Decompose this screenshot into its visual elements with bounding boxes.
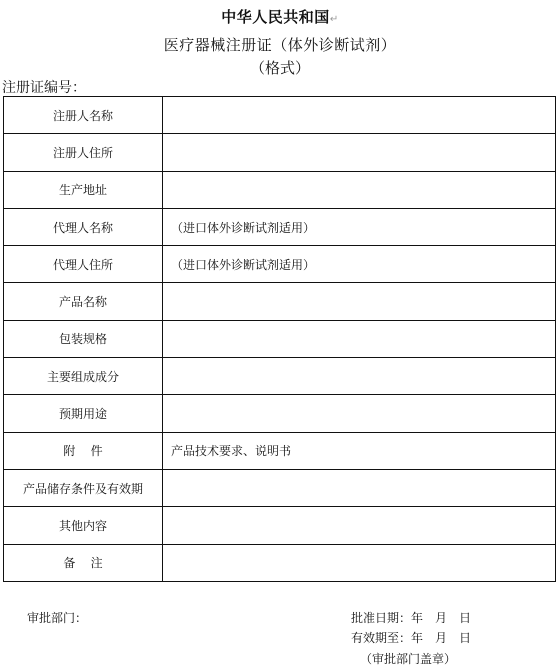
row-label: 注册人住所 <box>4 134 163 171</box>
table-row: 预期用途 <box>4 395 556 432</box>
row-value[interactable] <box>163 469 556 506</box>
table-row: 主要组成成分 <box>4 358 556 395</box>
row-value[interactable] <box>163 134 556 171</box>
registration-form-table: 注册人名称 注册人住所 生产地址 代理人名称（进口体外诊断试剂适用） 代理人住所… <box>3 96 556 582</box>
table-row: 注册人名称 <box>4 97 556 134</box>
row-value[interactable] <box>163 320 556 357</box>
department-seal-note: （审批部门盖章） <box>360 650 456 667</box>
table-row: 包装规格 <box>4 320 556 357</box>
row-label: 产品储存条件及有效期 <box>4 469 163 506</box>
table-row: 生产地址 <box>4 171 556 208</box>
document-format-note: （格式） <box>0 57 560 78</box>
title-line1: 中华人民共和国 <box>221 8 330 26</box>
document-title: 中华人民共和国↵ <box>0 6 560 27</box>
row-label: 主要组成成分 <box>4 358 163 395</box>
document-subtitle: 医疗器械注册证（体外诊断试剂） <box>0 34 560 55</box>
table-row: 代理人住所（进口体外诊断试剂适用） <box>4 246 556 283</box>
row-label: 代理人名称 <box>4 208 163 245</box>
paragraph-mark-icon: ↵ <box>330 14 339 25</box>
row-value[interactable] <box>163 97 556 134</box>
registration-number-label: 注册证编号： <box>2 77 86 97</box>
row-value[interactable]: （进口体外诊断试剂适用） <box>163 208 556 245</box>
row-label: 代理人住所 <box>4 246 163 283</box>
row-label: 生产地址 <box>4 171 163 208</box>
table-row: 注册人住所 <box>4 134 556 171</box>
row-value[interactable] <box>163 283 556 320</box>
table-row: 附 件产品技术要求、说明书 <box>4 432 556 469</box>
row-value[interactable] <box>163 544 556 581</box>
row-label: 包装规格 <box>4 320 163 357</box>
row-value[interactable]: （进口体外诊断试剂适用） <box>163 246 556 283</box>
approval-department-label: 审批部门： <box>27 609 87 626</box>
table-row: 其他内容 <box>4 507 556 544</box>
table-row: 备 注 <box>4 544 556 581</box>
approval-date: 批准日期：年 月 日 <box>351 609 471 626</box>
row-label: 其他内容 <box>4 507 163 544</box>
table-row: 产品名称 <box>4 283 556 320</box>
row-value[interactable] <box>163 395 556 432</box>
row-label: 注册人名称 <box>4 97 163 134</box>
row-value[interactable]: 产品技术要求、说明书 <box>163 432 556 469</box>
row-value[interactable] <box>163 507 556 544</box>
table-row: 代理人名称（进口体外诊断试剂适用） <box>4 208 556 245</box>
row-value[interactable] <box>163 171 556 208</box>
row-label: 备 注 <box>4 544 163 581</box>
row-value[interactable] <box>163 358 556 395</box>
table-row: 产品储存条件及有效期 <box>4 469 556 506</box>
row-label: 产品名称 <box>4 283 163 320</box>
valid-until-date: 有效期至：年 月 日 <box>351 629 471 646</box>
row-label: 预期用途 <box>4 395 163 432</box>
row-label: 附 件 <box>4 432 163 469</box>
